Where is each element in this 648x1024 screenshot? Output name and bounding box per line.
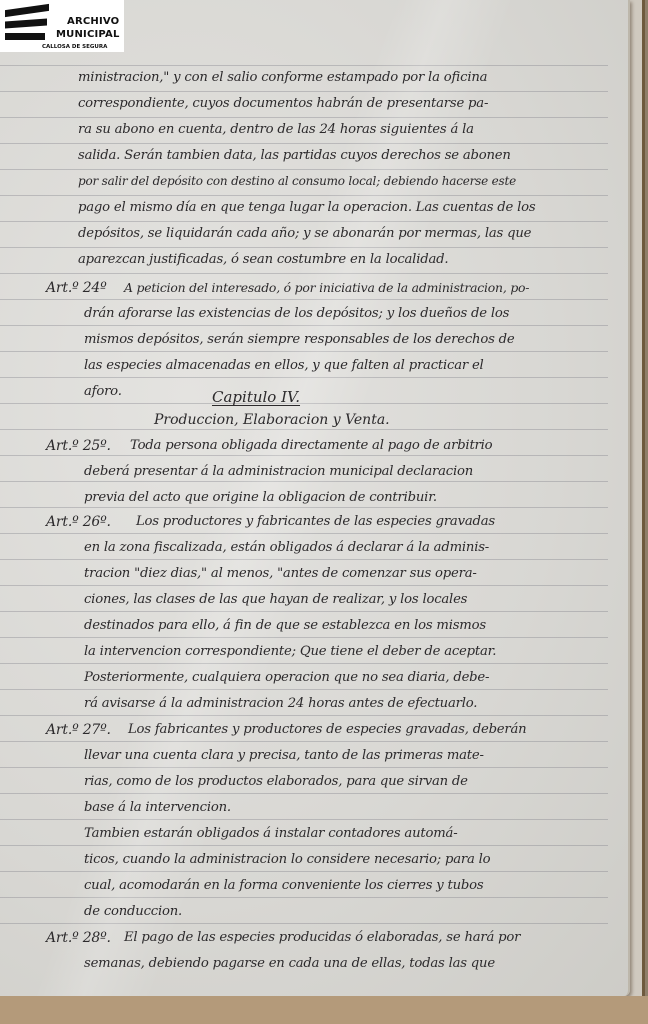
text-line: aforo. bbox=[84, 384, 122, 399]
logo-line-archivo: ARCHIVO bbox=[67, 16, 119, 27]
text-line: A peticion del interesado, ó por iniciat… bbox=[124, 280, 529, 295]
text-line: mismos depósitos, serán siempre responsa… bbox=[84, 332, 515, 347]
text-line: semanas, debiendo pagarse en cada una de… bbox=[84, 956, 495, 971]
text-line: Los productores y fabricantes de las esp… bbox=[136, 514, 495, 529]
text-line: drán aforarse las existencias de los dep… bbox=[84, 306, 509, 321]
text-line: Tambien estarán obligados á instalar con… bbox=[84, 826, 457, 841]
text-line: aparezcan justificadas, ó sean costumbre… bbox=[78, 252, 448, 267]
text-line: salida. Serán tambien data, las partidas… bbox=[78, 148, 511, 163]
logo-line-town: CALLOSA DE SEGURA bbox=[42, 44, 107, 50]
text-line: depósitos, se liquidarán cada año; y se … bbox=[78, 226, 531, 241]
article-26-label: Art.º 26º. bbox=[46, 514, 111, 530]
chapter-subtitle: Produccion, Elaboracion y Venta. bbox=[154, 412, 390, 428]
text-line: en la zona fiscalizada, están obligados … bbox=[84, 540, 489, 555]
text-line: destinados para ello, á fin de que se es… bbox=[84, 618, 486, 633]
text-line: ministracion," y con el salio conforme e… bbox=[78, 70, 487, 85]
text-line: rias, como de los productos elaborados, … bbox=[84, 774, 468, 789]
chapter-title: Capitulo IV. bbox=[212, 388, 300, 406]
text-line: tracion "diez dias," al menos, "antes de… bbox=[84, 566, 477, 581]
text-line: pago el mismo día en que tenga lugar la … bbox=[78, 200, 535, 215]
article-27-label: Art.º 27º. bbox=[46, 722, 111, 738]
article-24-label: Art.º 24º bbox=[46, 280, 107, 296]
text-line: deberá presentar á la administracion mun… bbox=[84, 464, 473, 479]
text-line: cual, acomodarán en la forma conveniente… bbox=[84, 878, 483, 893]
text-line: la intervencion correspondiente; Que tie… bbox=[84, 644, 496, 659]
desk-surface bbox=[0, 996, 648, 1024]
text-line: de conduccion. bbox=[84, 904, 182, 919]
text-line: ticos, cuando la administracion lo consi… bbox=[84, 852, 490, 867]
text-line: ra su abono en cuenta, dentro de las 24 … bbox=[78, 122, 474, 137]
article-25-label: Art.º 25º. bbox=[46, 438, 111, 454]
archive-logo: ARCHIVO MUNICIPAL CALLOSA DE SEGURA bbox=[0, 0, 124, 52]
text-line: rá avisarse á la administracion 24 horas… bbox=[84, 696, 477, 711]
text-line: por salir del depósito con destino al co… bbox=[78, 174, 516, 188]
text-line: correspondiente, cuyos documentos habrán… bbox=[78, 96, 488, 111]
stacked-bars-logo-icon bbox=[5, 5, 49, 45]
handwritten-text: ministracion," y con el salio conforme e… bbox=[0, 0, 628, 996]
text-line: El pago de las especies producidas ó ela… bbox=[124, 930, 520, 945]
text-line: base á la intervencion. bbox=[84, 800, 231, 815]
text-line: previa del acto que origine la obligacio… bbox=[84, 490, 437, 505]
text-line: llevar una cuenta clara y precisa, tanto… bbox=[84, 748, 484, 763]
text-line: Toda persona obligada directamente al pa… bbox=[130, 438, 492, 453]
article-28-label: Art.º 28º. bbox=[46, 930, 111, 946]
text-line: Posteriormente, cualquiera operacion que… bbox=[84, 670, 489, 685]
text-line: Los fabricantes y productores de especie… bbox=[128, 722, 526, 737]
logo-line-municipal: MUNICIPAL bbox=[56, 29, 120, 40]
text-line: ciones, las clases de las que hayan de r… bbox=[84, 592, 467, 607]
text-line: las especies almacenadas en ellos, y que… bbox=[84, 358, 484, 373]
